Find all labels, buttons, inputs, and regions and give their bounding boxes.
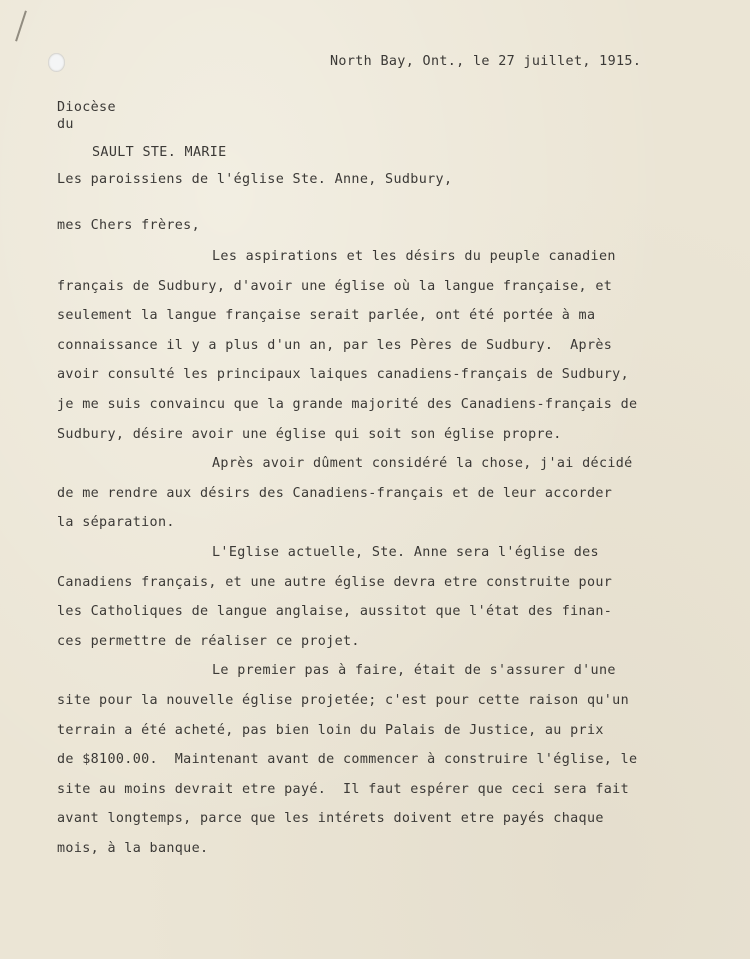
body-line: avoir consulté les principaux laiques ca… xyxy=(57,367,629,383)
body-line: Canadiens français, et une autre église … xyxy=(57,575,612,591)
body-line: mois, à la banque. xyxy=(57,841,208,857)
body-line: terrain a été acheté, pas bien loin du P… xyxy=(57,723,604,739)
body-line: la séparation. xyxy=(57,515,175,531)
body-line: Sudbury, désire avoir une église qui soi… xyxy=(57,427,562,443)
salutation: mes Chers frères, xyxy=(57,218,200,234)
body-line: site pour la nouvelle église projetée; c… xyxy=(57,693,629,709)
body-line: de me rendre aux désirs des Canadiens-fr… xyxy=(57,486,612,502)
body-line: avant longtemps, parce que les intérets … xyxy=(57,811,604,827)
body-line: site au moins devrait etre payé. Il faut… xyxy=(57,782,629,798)
body-line: connaissance il y a plus d'un an, par le… xyxy=(57,338,612,354)
body-line: français de Sudbury, d'avoir une église … xyxy=(57,279,612,295)
addressee: Les paroissiens de l'église Ste. Anne, S… xyxy=(57,172,452,188)
punch-hole xyxy=(48,53,65,72)
body-line: Après avoir dûment considéré la chose, j… xyxy=(212,456,633,472)
body-line: L'Eglise actuelle, Ste. Anne sera l'égli… xyxy=(212,545,599,561)
body-line: seulement la langue française serait par… xyxy=(57,308,595,324)
pencil-mark xyxy=(15,10,27,41)
sender-line-1: Diocèse xyxy=(57,100,116,116)
body-line: les Catholiques de langue anglaise, auss… xyxy=(57,604,612,620)
body-line: de $8100.00. Maintenant avant de commenc… xyxy=(57,752,637,768)
body-line: je me suis convaincu que la grande major… xyxy=(57,397,637,413)
body-line: Les aspirations et les désirs du peuple … xyxy=(212,249,616,265)
letter-page: North Bay, Ont., le 27 juillet, 1915. Di… xyxy=(0,0,750,959)
dateline: North Bay, Ont., le 27 juillet, 1915. xyxy=(330,54,641,70)
body-line: ces permettre de réaliser ce projet. xyxy=(57,634,360,650)
diocese-name: SAULT STE. MARIE xyxy=(92,145,227,161)
sender-line-2: du xyxy=(57,117,74,133)
body-line: Le premier pas à faire, était de s'assur… xyxy=(212,663,616,679)
